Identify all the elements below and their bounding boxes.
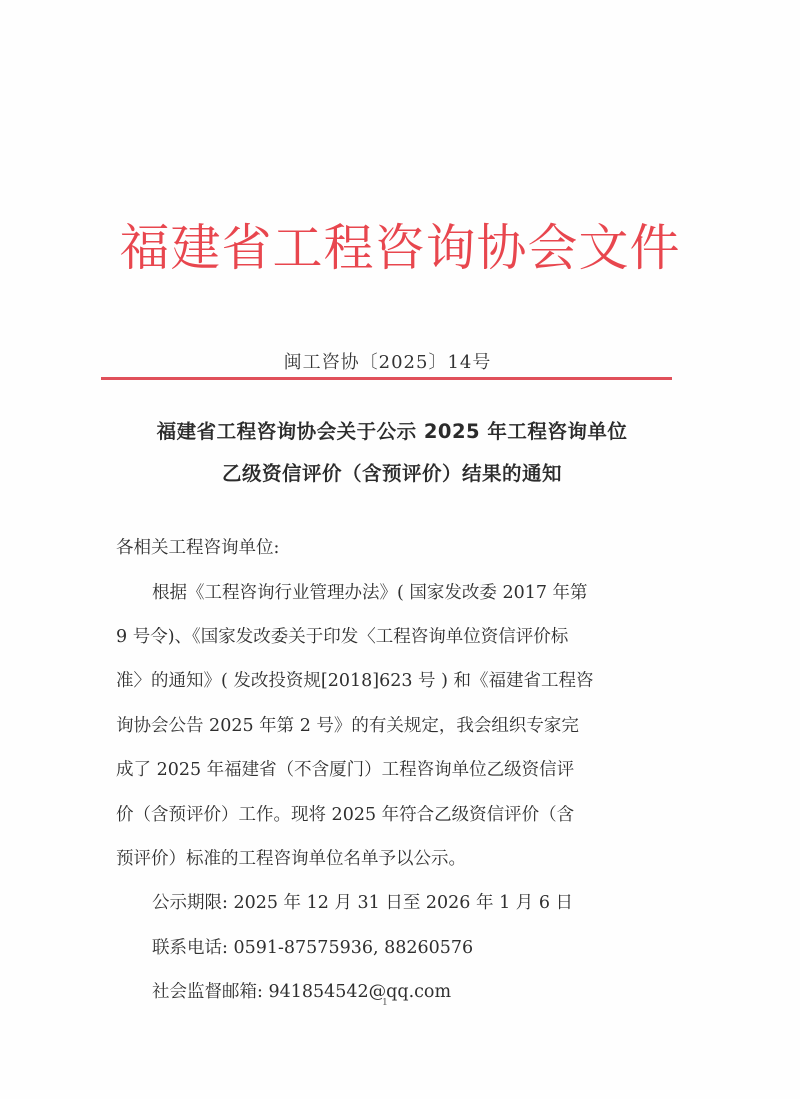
document-page: 福建省工程咨询协会文件 闽工咨协〔2025〕14号 福建省工程咨询协会关于公示 … — [0, 0, 800, 1099]
document-number: 闽工咨协〔2025〕14号 — [0, 348, 775, 374]
body-line-1: 根据《工程咨询行业管理办法》( 国家发改委 2017 年第 — [152, 583, 712, 603]
body-line-6: 价（含预评价）工作。现将 2025 年符合乙级资信评价（含 — [116, 805, 676, 825]
notice-title-line-1: 福建省工程咨询协会关于公示 2025 年工程咨询单位 — [0, 416, 792, 444]
page-number: 1 — [382, 996, 388, 1008]
body-line-5: 成了 2025 年福建省（不含厦门）工程咨询单位乙级资信评 — [116, 760, 676, 780]
red-divider-line — [101, 377, 672, 380]
notice-title-line-2: 乙级资信评价（含预评价）结果的通知 — [0, 458, 792, 486]
body-line-2: 9 号令)、《国家发改委关于印发〈工程咨询单位资信评价标 — [116, 627, 676, 647]
body-line-4: 询协会公告 2025 年第 2 号》的有关规定，我会组织专家完 — [116, 716, 676, 736]
body-line-3: 准〉的通知》( 发改投资规[2018]623 号 ) 和《福建省工程咨 — [116, 671, 676, 691]
salutation: 各相关工程咨询单位: — [116, 538, 676, 558]
masthead-title: 福建省工程咨询协会文件 — [0, 218, 800, 278]
body-line-7: 预评价）标准的工程咨询单位名单予以公示。 — [116, 849, 676, 869]
publicity-period: 公示期限: 2025 年 12 月 31 日至 2026 年 1 月 6 日 — [152, 893, 712, 913]
contact-phone: 联系电话: 0591-87575936, 88260576 — [152, 938, 712, 958]
supervision-email: 社会监督邮箱: 941854542@qq.com — [152, 982, 712, 1002]
